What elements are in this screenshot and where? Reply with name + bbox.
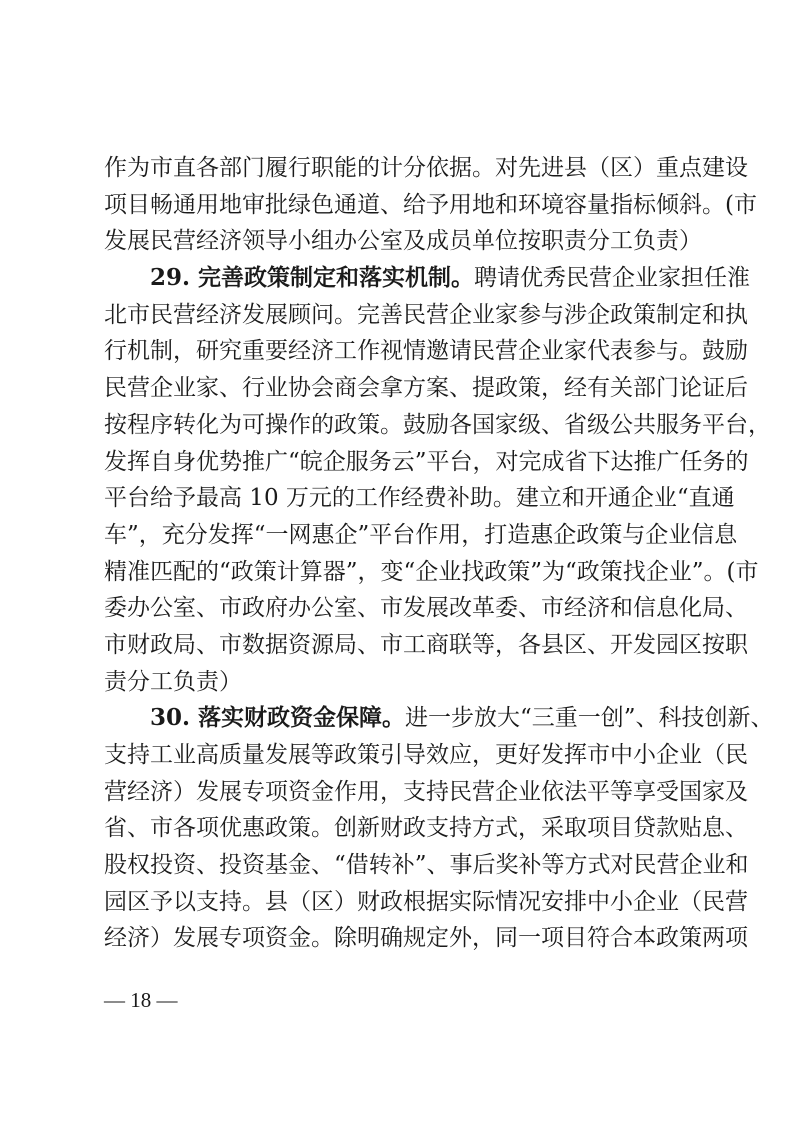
section-30-heading: 30. 落实财政资金保障。 [150,704,405,731]
text-line: 股权投资、投资基金、“借转补”、事后奖补等方式对民营企业和 [104,847,694,884]
text-span: 聘请优秀民营企业家担任淮 [474,265,750,291]
text-span: 进一步放大“三重一创”、科技创新、 [405,705,774,731]
text-line: 民营企业家、行业协会商会拿方案、提政策，经有关部门论证后 [104,370,694,407]
text-line: 发展民营经济领导小组办公室及成员单位按职责分工负责） [104,223,694,260]
section-29-first-line: 29. 完善政策制定和落实机制。聘请优秀民营企业家担任淮 [104,260,694,297]
section-30-first-line: 30. 落实财政资金保障。进一步放大“三重一创”、科技创新、 [104,700,694,737]
document-page: 作为市直各部门履行职能的计分依据。对先进县（区）重点建设 项目畅通用地审批绿色通… [0,0,793,1122]
text-line: 车”，充分发挥“一网惠企”平台作用，打造惠企政策与企业信息 [104,517,694,554]
text-line: 按程序转化为可操作的政策。鼓励各国家级、省级公共服务平台， [104,407,694,444]
text-line: 责分工负责） [104,664,694,701]
text-line: 园区予以支持。县（区）财政根据实际情况安排中小企业（民营 [104,884,694,921]
text-line: 经济）发展专项资金。除明确规定外，同一项目符合本政策两项 [104,920,694,957]
body-text: 作为市直各部门履行职能的计分依据。对先进县（区）重点建设 项目畅通用地审批绿色通… [104,150,694,957]
text-line: 项目畅通用地审批绿色通道、给予用地和环境容量指标倾斜。(市 [104,187,694,224]
text-line: 省、市各项优惠政策。创新财政支持方式，采取项目贷款贴息、 [104,810,694,847]
text-line: 作为市直各部门履行职能的计分依据。对先进县（区）重点建设 [104,150,694,187]
text-line: 营经济）发展专项资金作用，支持民营企业依法平等享受国家及 [104,774,694,811]
text-line: 行机制，研究重要经济工作视情邀请民营企业家代表参与。鼓励 [104,333,694,370]
page-number: — 18 — [104,988,178,1013]
text-line: 精准匹配的“政策计算器”，变“企业找政策”为“政策找企业”。(市 [104,554,694,591]
text-line: 市财政局、市数据资源局、市工商联等，各县区、开发园区按职 [104,627,694,664]
text-line: 北市民营经济发展顾问。完善民营企业家参与涉企政策制定和执 [104,297,694,334]
section-29-heading: 29. 完善政策制定和落实机制。 [150,264,474,291]
text-line: 支持工业高质量发展等政策引导效应，更好发挥市中小企业（民 [104,737,694,774]
text-line: 委办公室、市政府办公室、市发展改革委、市经济和信息化局、 [104,590,694,627]
text-line: 平台给予最高 10 万元的工作经费补助。建立和开通企业“直通 [104,480,694,517]
text-line: 发挥自身优势推广“皖企服务云”平台，对完成省下达推广任务的 [104,444,694,481]
